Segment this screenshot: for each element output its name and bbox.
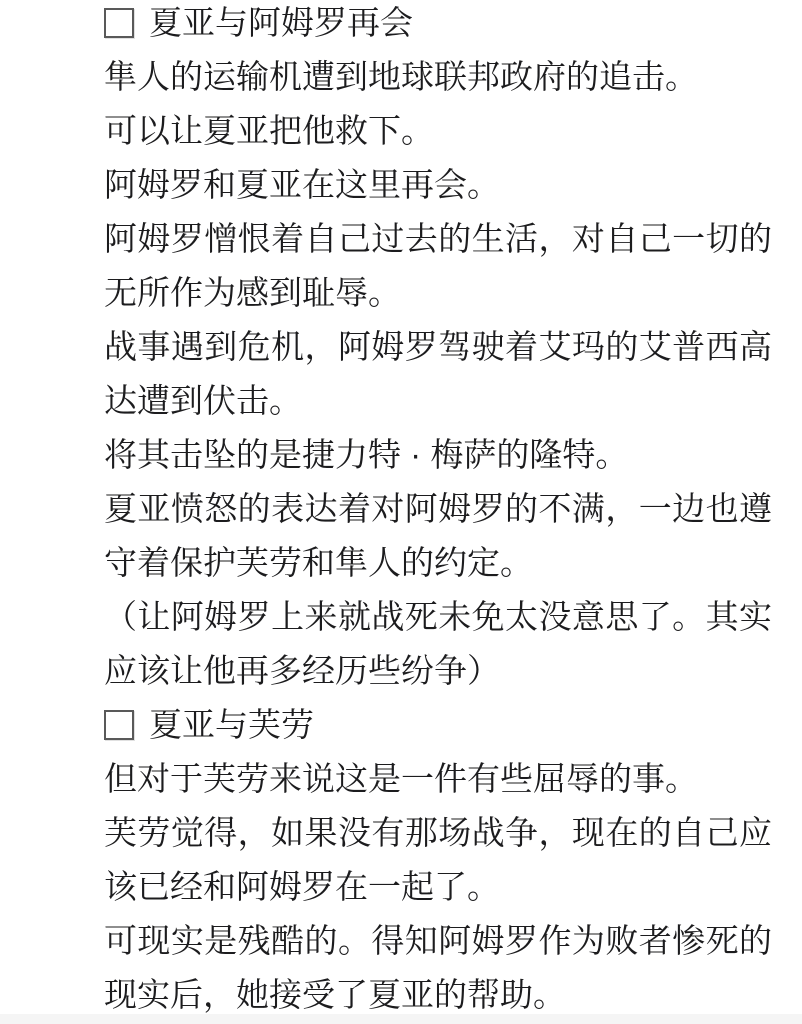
paragraph: 夏亚愤怒的表达着对阿姆罗的不满，一边也遵守着保护芙劳和隼人的约定。: [104, 482, 772, 590]
bottom-edge-strip: [0, 1014, 802, 1024]
paragraph: 隼人的运输机遭到地球联邦政府的追击。: [104, 50, 772, 104]
paragraph: 阿姆罗憎恨着自己过去的生活，对自己一切的无所作为感到耻辱。: [104, 212, 772, 320]
paragraph: 阿姆罗和夏亚在这里再会。: [104, 158, 772, 212]
paragraph: 但对于芙劳来说这是一件有些屈辱的事。: [104, 752, 772, 806]
paragraph: 将其击坠的是捷力特 · 梅萨的隆特。: [104, 428, 772, 482]
paragraph: （让阿姆罗上来就战死未免太没意思了。其实应该让他再多经历些纷争）: [104, 590, 772, 698]
todo-label: 夏亚与阿姆罗再会: [149, 0, 413, 50]
paragraph: 战事遇到危机，阿姆罗驾驶着艾玛的艾普西高达遭到伏击。: [104, 320, 772, 428]
todo-checkbox-unchecked-icon[interactable]: [104, 8, 134, 38]
note-document: 夏亚与阿姆罗再会 隼人的运输机遭到地球联邦政府的追击。 可以让夏亚把他救下。 阿…: [104, 0, 772, 1022]
todo-item-char-amuro-reunion: 夏亚与阿姆罗再会: [104, 0, 772, 50]
paragraph: 可以让夏亚把他救下。: [104, 104, 772, 158]
paragraph: 可现实是残酷的。得知阿姆罗作为败者惨死的现实后，她接受了夏亚的帮助。: [104, 914, 772, 1022]
todo-checkbox-unchecked-icon[interactable]: [104, 710, 134, 740]
paragraph: 芙劳觉得，如果没有那场战争，现在的自己应该已经和阿姆罗在一起了。: [104, 806, 772, 914]
todo-label: 夏亚与芙劳: [149, 698, 314, 752]
todo-item-char-fraw: 夏亚与芙劳: [104, 698, 772, 752]
